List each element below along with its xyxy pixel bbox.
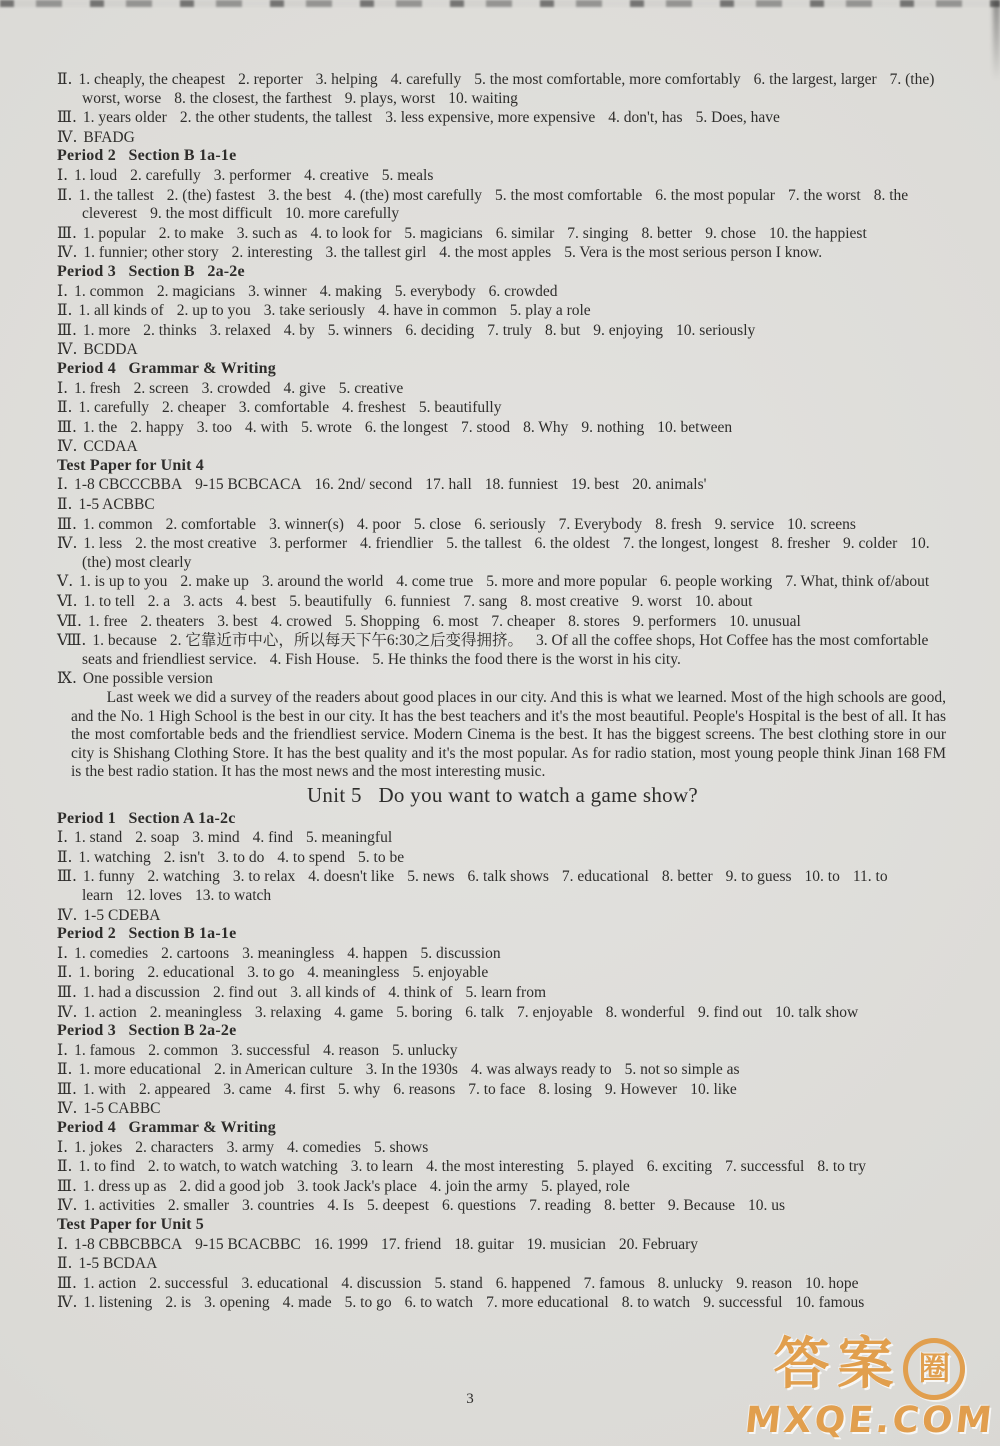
answer-line: Ⅲ.1. popular2. to make3. such as4. to lo… — [57, 224, 948, 244]
roman-numeral-label: Ⅲ. — [57, 224, 77, 242]
answer-item: 4. discussion — [341, 1275, 421, 1292]
answer-item: 2. appeared — [139, 1081, 210, 1098]
answer-item: 1. common — [83, 516, 153, 533]
answer-item: 18. funniest — [485, 476, 558, 493]
roman-numeral-label: Ⅲ. — [57, 108, 77, 126]
answer-item: 1. years older — [83, 109, 167, 126]
roman-numeral-label: Ⅱ. — [57, 1060, 72, 1078]
answer-item: 4. first — [285, 1081, 325, 1098]
answer-line: Ⅸ.One possible version — [57, 669, 948, 689]
answer-item: 6. questions — [442, 1197, 516, 1214]
answer-item: 10. between — [657, 419, 732, 436]
answer-item: 1. popular — [83, 225, 146, 242]
answer-item: 1. action — [83, 1004, 136, 1021]
answer-item: 8. but — [545, 322, 580, 339]
answer-item: 7. cheaper — [491, 613, 555, 630]
roman-numeral-label: Ⅰ. — [57, 1041, 68, 1059]
answer-item: 6. talk shows — [468, 868, 549, 885]
answer-item: 7. the longest, longest — [623, 535, 759, 552]
answer-item: 1. famous — [74, 1042, 135, 1059]
answer-item: 8. better — [641, 225, 692, 242]
answer-item: BCDDA — [83, 341, 137, 358]
roman-numeral-label: Ⅲ. — [57, 1080, 77, 1098]
answer-item: 2. make up — [180, 573, 248, 590]
answer-item: 5. shows — [374, 1139, 428, 1156]
answer-item: 4. happen — [347, 945, 407, 962]
watermark: 答案圈 MXQE.COM — [745, 1335, 994, 1442]
answer-item: 1-8 CBBCBBCA — [74, 1236, 182, 1253]
answer-item: CCDAA — [83, 438, 137, 455]
answer-item: 6. to watch — [405, 1294, 473, 1311]
roman-numeral-label: Ⅳ. — [57, 437, 77, 455]
answer-item: 7. stood — [461, 419, 510, 436]
answer-item: 8. Why — [523, 419, 568, 436]
roman-numeral-label: Ⅱ. — [57, 186, 72, 204]
roman-numeral-label: Ⅳ. — [57, 340, 77, 358]
answer-line: Ⅰ.1. loud2. carefully3. performer4. crea… — [57, 166, 948, 186]
answer-item: 2. magicians — [157, 283, 235, 300]
answer-item: 3. too — [197, 419, 232, 436]
answer-item: 2. smaller — [168, 1197, 229, 1214]
answer-item: 3. performer — [214, 167, 291, 184]
watermark-brand-text: 答案 — [773, 1332, 901, 1397]
answer-line: Ⅱ.1. the tallest2. (the) fastest3. the b… — [57, 186, 948, 224]
answer-item: 1-5 CABBC — [83, 1100, 160, 1117]
answer-line: Ⅰ.1. fresh2. screen3. crowded4. give5. c… — [57, 379, 948, 399]
answer-item: 5. why — [338, 1081, 380, 1098]
answer-item: 4. with — [245, 419, 288, 436]
answer-item: 20. February — [619, 1236, 698, 1253]
answer-line: Ⅳ.1. action2. meaningless3. relaxing4. g… — [57, 1003, 948, 1023]
answer-item: 5. the most comfortable — [495, 187, 642, 204]
answer-line: Ⅱ.1. carefully2. cheaper3. comfortable4.… — [57, 398, 948, 418]
answer-item: 2. watching — [148, 868, 220, 885]
answer-item: 9. performers — [633, 613, 717, 630]
answer-item: 4. don't, has — [608, 109, 682, 126]
answer-item: 5. meals — [382, 167, 434, 184]
answer-line: Ⅰ.1-8 CBBCBBCA9-15 BCACBBC16. 199917. fr… — [57, 1235, 948, 1255]
answer-item: 2. a — [148, 593, 170, 610]
answer-item: 3. less expensive, more expensive — [385, 109, 595, 126]
answer-line: Ⅰ.1. stand2. soap3. mind4. find5. meanin… — [57, 828, 948, 848]
answer-item: 1-5 BCDAA — [78, 1255, 157, 1272]
answer-item: 2. reporter — [238, 71, 303, 88]
answer-item: 3. countries — [242, 1197, 314, 1214]
answer-item: 8. most creative — [520, 593, 619, 610]
answer-item: 5. winners — [328, 322, 393, 339]
roman-numeral-label: Ⅳ. — [57, 1293, 77, 1311]
answer-item: 3. educational — [241, 1275, 328, 1292]
answer-item: 4. come true — [396, 573, 473, 590]
answer-item: 5. everybody — [395, 283, 476, 300]
answer-item: 4. Is — [327, 1197, 354, 1214]
answer-item: 6. similar — [496, 225, 555, 242]
answer-item: 1-5 ACBBC — [78, 496, 154, 513]
section-header: Period 4 Grammar & Writing — [57, 360, 948, 379]
answer-line: Ⅱ.1. cheaply, the cheapest2. reporter3. … — [57, 70, 948, 108]
answer-item: 6. reasons — [393, 1081, 455, 1098]
answer-line: Ⅲ.1. common2. comfortable3. winner(s)4. … — [57, 515, 948, 535]
answer-item: 1. comedies — [74, 945, 148, 962]
answer-item: 3. the best — [268, 187, 331, 204]
answer-item: 1. jokes — [74, 1139, 122, 1156]
answer-item: 3. best — [217, 613, 257, 630]
answer-item: 3. mind — [192, 829, 239, 846]
answer-item: 2. cartoons — [161, 945, 229, 962]
section-header: Period 1 Section A 1a-2c — [57, 810, 948, 829]
answer-item: 9. to guess — [726, 868, 792, 885]
answer-item: 4. doesn't like — [308, 868, 394, 885]
answer-item: 8. the closest, the farthest — [174, 90, 332, 107]
answer-item: 4. the most interesting — [426, 1158, 564, 1175]
answer-item: 1. less — [83, 535, 122, 552]
answer-item: 9. However — [605, 1081, 677, 1098]
answer-item: 5. enjoyable — [412, 964, 488, 981]
answer-item: 7. reading — [529, 1197, 591, 1214]
roman-numeral-label: Ⅱ. — [57, 301, 72, 319]
watermark-circle-icon: 圈 — [903, 1338, 965, 1400]
answer-item: 5. to go — [345, 1294, 392, 1311]
answer-item: 2. meaningless — [150, 1004, 242, 1021]
answer-item: 2. interesting — [232, 244, 313, 261]
answer-item: 1. action — [83, 1275, 136, 1292]
answer-item: 1. with — [83, 1081, 126, 1098]
answer-item: 8. stores — [568, 613, 620, 630]
answer-item: 2. did a good job — [179, 1178, 284, 1195]
answer-line: Ⅳ.1. funnier; other story2. interesting3… — [57, 243, 948, 263]
answer-item: 5. beautifully — [419, 399, 502, 416]
answer-item: 9. reason — [736, 1275, 792, 1292]
answer-item: 8. fresh — [655, 516, 702, 533]
answer-item: 1. watching — [78, 849, 150, 866]
roman-numeral-label: Ⅰ. — [57, 1235, 68, 1253]
answer-item: 5. creative — [339, 380, 404, 397]
answer-line: Ⅶ.1. free2. theaters3. best4. crowed5. S… — [57, 612, 948, 632]
answer-item: 5. meaningful — [306, 829, 392, 846]
answer-line: Ⅰ.1. famous2. common3. successful4. reas… — [57, 1041, 948, 1061]
answer-item: 5. beautifully — [289, 593, 372, 610]
answer-item: 2. characters — [135, 1139, 213, 1156]
answer-item: 2. in American culture — [214, 1061, 353, 1078]
answer-item: 5. played, role — [541, 1178, 630, 1195]
answer-item: 6. people working — [660, 573, 772, 590]
answer-item: 10. to — [805, 868, 840, 885]
answer-item: 3. all kinds of — [290, 984, 375, 1001]
answer-item: 5. the most comfortable, more comfortabl… — [474, 71, 740, 88]
answer-item: 5. discussion — [421, 945, 501, 962]
roman-numeral-label: Ⅰ. — [57, 944, 68, 962]
answer-item: 2. isn't — [164, 849, 205, 866]
answer-item: 9-15 BCACBBC — [195, 1236, 301, 1253]
answer-item: 12. loves — [126, 887, 182, 904]
answer-item: 5. to be — [358, 849, 404, 866]
answer-line: Ⅲ.1. dress up as2. did a good job3. took… — [57, 1177, 948, 1197]
answer-item: 2. the other students, the tallest — [180, 109, 372, 126]
answer-line: Ⅳ.1-5 CDEBA — [57, 906, 948, 926]
answer-item: 9. enjoying — [593, 322, 663, 339]
answer-item: 4. have in common — [378, 302, 497, 319]
answer-item: 5. stand — [435, 1275, 483, 1292]
answer-item: 6. the largest, larger — [754, 71, 877, 88]
answer-item: 1. more educational — [78, 1061, 201, 1078]
answer-item: 3. successful — [231, 1042, 310, 1059]
answer-item: 2. screen — [134, 380, 189, 397]
answer-item: 7. What, think of/about — [785, 573, 929, 590]
answer-item: 6. talk — [465, 1004, 504, 1021]
answer-item: 10. hope — [805, 1275, 858, 1292]
answer-item: 5. wrote — [301, 419, 352, 436]
answer-item: 2. to make — [159, 225, 224, 242]
answer-item: 5. unlucky — [392, 1042, 457, 1059]
answer-item: 2. 它靠近市中心，所以每天下午6:30之后变得拥挤。 — [170, 632, 523, 649]
answer-item: 2. (the) fastest — [167, 187, 255, 204]
answer-item: 1. loud — [74, 167, 117, 184]
roman-numeral-label: Ⅰ. — [57, 282, 68, 300]
answer-line: Ⅱ.1. more educational2. in American cult… — [57, 1060, 948, 1080]
answer-item: 6. happened — [496, 1275, 571, 1292]
answer-item: 4. making — [320, 283, 382, 300]
roman-numeral-label: Ⅰ. — [57, 166, 68, 184]
answer-item: 2. is — [165, 1294, 191, 1311]
answer-item: 10. about — [695, 593, 753, 610]
answer-item: 17. hall — [425, 476, 472, 493]
answer-item: 4. by — [284, 322, 315, 339]
answer-item: 4. game — [334, 1004, 383, 1021]
answer-item: 10. waiting — [448, 90, 518, 107]
answer-item: 4. Fish House. — [270, 651, 360, 668]
answer-item: 2. to watch, to watch watching — [148, 1158, 338, 1175]
answer-item: 19. musician — [527, 1236, 606, 1253]
answer-item: 2. happy — [130, 419, 183, 436]
roman-numeral-label: Ⅳ. — [57, 906, 77, 924]
roman-numeral-label: Ⅳ. — [57, 128, 77, 146]
answer-item: 3. comfortable — [239, 399, 329, 416]
answer-line: Ⅳ.1. less2. the most creative3. performe… — [57, 534, 948, 572]
section-header: Period 2 Section B 1a-1e — [57, 925, 948, 944]
answer-item: 19. best — [571, 476, 619, 493]
answer-item: 2. find out — [213, 984, 277, 1001]
answer-item: 1. dress up as — [83, 1178, 167, 1195]
answer-item: 9. worst — [632, 593, 682, 610]
answer-item: 5. play a role — [510, 302, 591, 319]
answer-item: 3. the tallest girl — [326, 244, 427, 261]
answer-item: 9. service — [715, 516, 774, 533]
answer-item: 7. educational — [562, 868, 649, 885]
answer-item: 10. us — [748, 1197, 785, 1214]
answer-item: 4. think of — [388, 984, 452, 1001]
roman-numeral-label: Ⅳ. — [57, 243, 77, 261]
roman-numeral-label: Ⅳ. — [57, 534, 77, 552]
answer-item: 8. wonderful — [606, 1004, 685, 1021]
answer-item: 8. better — [662, 868, 713, 885]
answer-item: 9. chose — [705, 225, 756, 242]
section-header: Period 3 Section B 2a-2e — [57, 1022, 948, 1041]
roman-numeral-label: Ⅰ. — [57, 379, 68, 397]
answer-line: Ⅲ.1. more2. thinks3. relaxed4. by5. winn… — [57, 321, 948, 341]
answer-item: 3. relaxing — [255, 1004, 321, 1021]
roman-numeral-label: Ⅱ. — [57, 848, 72, 866]
answer-item: 3. take seriously — [264, 302, 365, 319]
answer-item: 5. magicians — [404, 225, 482, 242]
scan-edge-top — [0, 0, 1000, 7]
answer-item: 1. carefully — [78, 399, 149, 416]
watermark-circle-text: 圈 — [918, 1349, 950, 1387]
answer-item: 16. 1999 — [314, 1236, 368, 1253]
answer-item: 8. to watch — [622, 1294, 690, 1311]
answer-item: 7. truly — [487, 322, 532, 339]
answer-item: 5. played — [577, 1158, 634, 1175]
answer-line: Ⅷ.1. because2. 它靠近市中心，所以每天下午6:30之后变得拥挤。3… — [57, 631, 948, 669]
answer-item: 10. screens — [787, 516, 856, 533]
roman-numeral-label: Ⅲ. — [57, 1177, 77, 1195]
answer-item: 2. up to you — [177, 302, 251, 319]
section-header: Test Paper for Unit 4 — [57, 457, 948, 476]
answer-item: 4. creative — [304, 167, 369, 184]
answer-item: 8. to try — [817, 1158, 866, 1175]
scanned-page: Ⅱ.1. cheaply, the cheapest2. reporter3. … — [0, 0, 1000, 1446]
section-header: Period 3 Section B 2a-2e — [57, 263, 948, 282]
answer-item: 6. the most popular — [655, 187, 775, 204]
answer-item: 1. is up to you — [79, 573, 167, 590]
roman-numeral-label: Ⅳ. — [57, 1196, 77, 1214]
roman-numeral-label: Ⅰ. — [57, 475, 68, 493]
answer-item: 4. crowed — [271, 613, 332, 630]
roman-numeral-label: Ⅲ. — [57, 515, 77, 533]
answer-item: 4. find — [253, 829, 293, 846]
answer-item: 1-5 CDEBA — [83, 907, 160, 924]
answer-item: 13. to watch — [195, 887, 271, 904]
answer-item: 1. because — [92, 632, 157, 649]
roman-numeral-label: Ⅳ. — [57, 1003, 77, 1021]
roman-numeral-label: Ⅲ. — [57, 418, 77, 436]
answer-item: 8. fresher — [771, 535, 830, 552]
answer-item: 3. meaningless — [242, 945, 334, 962]
answer-item: 4. was always ready to — [471, 1061, 612, 1078]
answer-item: 3. to go — [247, 964, 294, 981]
watermark-brand: 答案圈 — [745, 1335, 994, 1400]
answer-line: Ⅱ.1-5 ACBBC — [57, 495, 948, 515]
answer-line: Ⅳ.BFADG — [57, 128, 948, 148]
answer-item: 5. Does, have — [696, 109, 780, 126]
roman-numeral-label: Ⅱ. — [57, 495, 72, 513]
section-header: Period 2 Section B 1a-1e — [57, 147, 948, 166]
answer-item: 5. boring — [396, 1004, 452, 1021]
answer-item: 7. famous — [584, 1275, 645, 1292]
answer-item: 7. the worst — [788, 187, 861, 204]
answer-item: 8. losing — [538, 1081, 591, 1098]
watermark-site-url: MXQE.COM — [742, 1400, 996, 1442]
answer-line: Ⅳ.BCDDA — [57, 340, 948, 360]
answer-item: BFADG — [83, 129, 134, 146]
answer-item: 4. join the army — [430, 1178, 528, 1195]
answer-line: Ⅵ.1. to tell2. a3. acts4. best5. beautif… — [57, 592, 948, 612]
answer-item: 1. fresh — [74, 380, 121, 397]
answer-item: 5. news — [407, 868, 454, 885]
roman-numeral-label: Ⅱ. — [57, 1157, 72, 1175]
answer-item: 6. deciding — [405, 322, 474, 339]
answer-line: Ⅳ.1. listening2. is3. opening4. made5. t… — [57, 1293, 948, 1313]
answer-item: 1. activities — [83, 1197, 154, 1214]
answer-line: Ⅲ.1. had a discussion2. find out3. all k… — [57, 983, 948, 1003]
answer-item: 3. army — [227, 1139, 274, 1156]
answer-item: 4. to spend — [277, 849, 345, 866]
answer-line: Ⅲ.1. funny2. watching3. to relax4. doesn… — [57, 867, 948, 905]
answer-item: 9. the most difficult — [150, 205, 272, 222]
answer-item: 3. to do — [217, 849, 264, 866]
answer-item: 1. all kinds of — [78, 302, 163, 319]
roman-numeral-label: Ⅲ. — [57, 1274, 77, 1292]
answer-item: 6. seriously — [474, 516, 545, 533]
answer-item: 3. took Jack's place — [297, 1178, 417, 1195]
answer-item: 18. guitar — [454, 1236, 513, 1253]
answer-item: 1. the tallest — [78, 187, 153, 204]
roman-numeral-label: Ⅲ. — [57, 983, 77, 1001]
answer-item: 4. reason — [323, 1042, 379, 1059]
answer-item: 17. friend — [381, 1236, 441, 1253]
answer-item: 5. more and more popular — [486, 573, 647, 590]
answer-item: 4. made — [283, 1294, 332, 1311]
answer-item: 3. performer — [270, 535, 347, 552]
answer-line: Ⅱ.1-5 BCDAA — [57, 1254, 948, 1274]
answer-line: Ⅰ.1-8 CBCCCBBA9-15 BCBCACA16. 2nd/ secon… — [57, 475, 948, 495]
answer-item: 1-8 CBCCCBBA — [74, 476, 182, 493]
answer-item: 3. to relax — [233, 868, 295, 885]
answer-item: 4. give — [284, 380, 326, 397]
answer-line: Ⅱ.1. watching2. isn't3. to do4. to spend… — [57, 848, 948, 868]
answer-item: 5. deepest — [367, 1197, 429, 1214]
answer-item: 1. funnier; other story — [83, 244, 218, 261]
answer-item: 9. Because — [668, 1197, 735, 1214]
answer-item: 3. winner — [248, 283, 307, 300]
answer-item: 5. learn from — [466, 984, 546, 1001]
answer-item: 3. acts — [183, 593, 223, 610]
answer-item: 1. common — [74, 283, 144, 300]
answer-item: 4. to look for — [310, 225, 391, 242]
answer-item: 4. comedies — [287, 1139, 361, 1156]
answer-item: 10. like — [690, 1081, 737, 1098]
answer-item: 3. came — [223, 1081, 271, 1098]
answer-item: 2. successful — [149, 1275, 228, 1292]
answer-item: 6. crowded — [489, 283, 558, 300]
answer-item: 4. (the) most carefully — [344, 187, 482, 204]
answer-item: 10. talk show — [775, 1004, 858, 1021]
answer-item: 1. the — [83, 419, 117, 436]
answer-line: Ⅱ.1. boring2. educational3. to go4. mean… — [57, 963, 948, 983]
answer-item: 7. more educational — [486, 1294, 609, 1311]
answer-item: 4. poor — [357, 516, 401, 533]
answer-item: 9. nothing — [581, 419, 644, 436]
answer-item: 9. plays, worst — [345, 90, 435, 107]
answer-line: Ⅰ.1. comedies2. cartoons3. meaningless4.… — [57, 944, 948, 964]
answer-item: 2. carefully — [130, 167, 201, 184]
answer-item: 7. sang — [463, 593, 507, 610]
answer-item: 3. winner(s) — [269, 516, 344, 533]
answer-item: 3. helping — [316, 71, 378, 88]
roman-numeral-label: Ⅰ. — [57, 1138, 68, 1156]
section-header: Test Paper for Unit 5 — [57, 1216, 948, 1235]
answer-item: 7. enjoyable — [517, 1004, 593, 1021]
answer-item: 6. exciting — [647, 1158, 712, 1175]
answer-item: 2. theaters — [141, 613, 205, 630]
roman-numeral-label: Ⅱ. — [57, 70, 72, 88]
roman-numeral-label: Ⅶ. — [57, 612, 82, 630]
answer-item: 1. listening — [83, 1294, 152, 1311]
roman-numeral-label: Ⅴ. — [57, 572, 73, 590]
answer-line: Ⅴ.1. is up to you2. make up3. around the… — [57, 572, 948, 592]
answer-item: 2. common — [148, 1042, 218, 1059]
answer-line: Ⅱ.1. to find2. to watch, to watch watchi… — [57, 1157, 948, 1177]
answer-item: 4. meaningless — [307, 964, 399, 981]
